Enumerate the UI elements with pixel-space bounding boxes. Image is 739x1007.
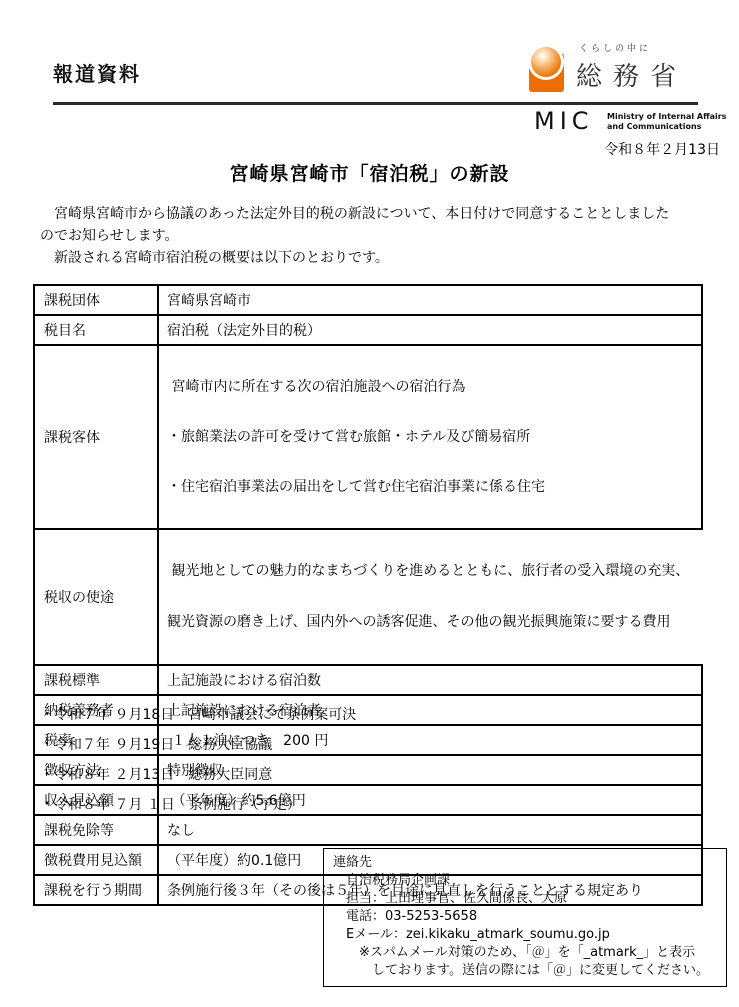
- row-label: 課税を行う期間: [34, 875, 158, 905]
- row-value: 宮崎県宮崎市: [158, 285, 702, 315]
- row-value-line: ・旅館業法の許可を受けて営む旅館・ホテル及び簡易宿所: [167, 428, 701, 446]
- logo-sphere-icon: [531, 47, 561, 77]
- row-value-line: 観光地としての魅力的なまちづくりを進めるとともに、旅行者の受入環境の充実、: [167, 562, 702, 581]
- press-release-document: 報道資料 くらしの中に 総務省 MIC Ministry of Internal…: [0, 0, 739, 1007]
- row-label: 課税標準: [34, 665, 158, 695]
- timeline-item: ・令和７年 ９月18日 宮崎市議会にて条例案可決: [40, 700, 356, 730]
- contact-note-line1: ※スパムメール対策のため、「＠」を「_atmark_」と表示: [333, 944, 718, 962]
- intro-paragraph-1: 宮崎県宮崎市から協議のあった法定外目的税の新設について、本日付けで同意することと…: [40, 203, 680, 247]
- contact-box: 連絡先 自治税務局企画課 担当：上田理事官、佐久間係長、大原 電話：03-525…: [323, 848, 727, 987]
- row-tax-base: 課税標準 上記施設における宿泊数: [34, 665, 702, 695]
- contact-heading: 連絡先: [333, 854, 718, 872]
- row-taxing-body: 課税団体 宮崎県宮崎市: [34, 285, 702, 315]
- header-divider: [53, 102, 698, 105]
- intro-section: 宮崎県宮崎市から協議のあった法定外目的税の新設について、本日付けで同意することと…: [40, 203, 680, 269]
- timeline-item: ・令和７年 ９月19日 総務大臣協議: [40, 730, 356, 760]
- row-label: 税目名: [34, 315, 158, 345]
- page-title: 宮崎県宮崎市「宿泊税」の新設: [0, 159, 739, 186]
- row-value-line: ・住宅宿泊事業法の届出をして営む住宅宿泊事業に係る住宅: [167, 478, 701, 496]
- intro-paragraph-2: 新設される宮崎市宿泊税の概要は以下のとおりです。: [40, 247, 680, 269]
- row-value-line: 観光資源の磨き上げ、国内外への誘客促進、その他の観光振興施策に要する費用: [167, 613, 702, 632]
- row-value: 宿泊税（法定外目的税）: [158, 315, 702, 345]
- contact-staff: 担当：上田理事官、佐久間係長、大原: [333, 890, 718, 908]
- row-value: 観光地としての魅力的なまちづくりを進めるとともに、旅行者の受入環境の充実、 観光…: [158, 529, 702, 665]
- row-value: 宮崎市内に所在する次の宿泊施設への宿泊行為 ・旅館業法の許可を受けて営む旅館・ホ…: [158, 345, 702, 529]
- contact-department: 自治税務局企画課: [333, 872, 718, 890]
- row-value-line: 宮崎市内に所在する次の宿泊施設への宿泊行為: [167, 378, 701, 396]
- row-tax-object: 課税客体 宮崎市内に所在する次の宿泊施設への宿泊行為 ・旅館業法の許可を受けて営…: [34, 345, 702, 529]
- mic-logo-icon: [528, 45, 570, 93]
- ministry-name-en-line2: and Communications: [607, 122, 726, 132]
- contact-phone: 電話：03-5253-5658: [333, 908, 718, 926]
- logo-tagline: くらしの中に: [579, 41, 651, 54]
- ministry-name-en-line1: Ministry of Internal Affairs: [607, 112, 726, 122]
- contact-email: Eメール：zei.kikaku_atmark_soumu.go.jp: [333, 926, 718, 944]
- mic-abbreviation: MIC: [534, 107, 594, 135]
- ministry-name-ja: 総務省: [576, 56, 687, 93]
- timeline-item: ・令和８年 ７月 １日 条例施行（予定）: [40, 790, 356, 820]
- timeline-list: ・令和７年 ９月18日 宮崎市議会にて条例案可決 ・令和７年 ９月19日 総務大…: [40, 700, 356, 820]
- doc-type-label: 報道資料: [53, 58, 141, 87]
- row-label: 税収の使途: [34, 529, 158, 665]
- row-label: 徴税費用見込額: [34, 845, 158, 875]
- release-date: 令和８年２月13日: [604, 139, 720, 159]
- row-label: 課税団体: [34, 285, 158, 315]
- row-value: 上記施設における宿泊数: [158, 665, 702, 695]
- row-tax-name: 税目名 宿泊税（法定外目的税）: [34, 315, 702, 345]
- row-tax-usage: 税収の使途 観光地としての魅力的なまちづくりを進めるとともに、旅行者の受入環境の…: [34, 529, 702, 665]
- row-label: 課税客体: [34, 345, 158, 529]
- timeline-item: ・令和８年 ２月13日 総務大臣同意: [40, 760, 356, 790]
- ministry-name-en: Ministry of Internal Affairs and Communi…: [607, 112, 726, 132]
- contact-note-line2: しております。送信の際には「＠」に変更してください。: [333, 962, 718, 980]
